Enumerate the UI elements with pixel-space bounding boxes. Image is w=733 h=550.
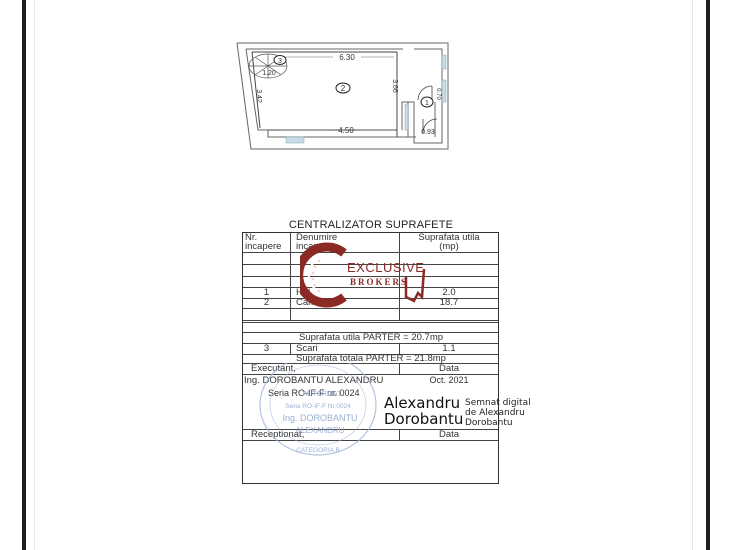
page-edge-right (692, 0, 693, 550)
stamp-line-5: CATEGORIA B (296, 447, 340, 454)
table-title: CENTRALIZATOR SUPRAFETE (236, 219, 506, 231)
page-edge-left (34, 0, 35, 550)
signature-note-2: de Alexandru (465, 408, 525, 418)
stamp-line-2: Seria RO-IF-F Nr.0024 (285, 403, 351, 410)
dim-stairs: 1.20 (262, 70, 276, 77)
signature-note-3: Dorobantu (465, 418, 513, 428)
floor-plan: 3 2 1 6.30 1.20 3.42 3.66 0.70 4.50 0.93 (230, 38, 460, 154)
page-border-right (706, 0, 710, 550)
room-number-3: 3 (278, 58, 282, 65)
stamp-line-1: AUTORIZAT (302, 391, 342, 398)
dim-left: 3.42 (255, 89, 262, 103)
dim-bath-width: 0.93 (421, 129, 435, 136)
util-total: Suprafata utila PARTER = 20.7mp (243, 333, 499, 343)
signature-name-1: Alexandru (384, 395, 460, 411)
receptionat-data-label: Data (399, 430, 499, 440)
page-border-left (22, 0, 26, 550)
engineer-stamp: AUTORIZAT Seria RO-IF-F Nr.0024 Ing. DOR… (250, 363, 390, 463)
signature-note-1: Semnat digital (465, 398, 531, 408)
brand-bottom: BROKERS (350, 277, 408, 287)
brand-top: EXCLUSIVE (347, 260, 424, 275)
signature-name-2: Dorobantu (384, 411, 463, 427)
dim-door: 0.70 (435, 88, 441, 100)
executant-data-label: Data (399, 364, 499, 374)
dim-height: 3.66 (391, 79, 398, 93)
stamp-line-3: Ing. DOROBANTU (282, 413, 357, 423)
room-number-1: 1 (425, 100, 429, 107)
dim-bottom: 4.50 (338, 126, 354, 135)
executant-date: Oct. 2021 (399, 375, 499, 385)
stamp-line-4: ALEXANDRU (296, 426, 345, 435)
room-number-2: 2 (341, 84, 346, 93)
exclusive-brokers-watermark: EXCLUSIVE BROKERS (300, 241, 430, 309)
header-nr-2: incapere (245, 242, 281, 252)
dim-top: 6.30 (339, 53, 355, 62)
